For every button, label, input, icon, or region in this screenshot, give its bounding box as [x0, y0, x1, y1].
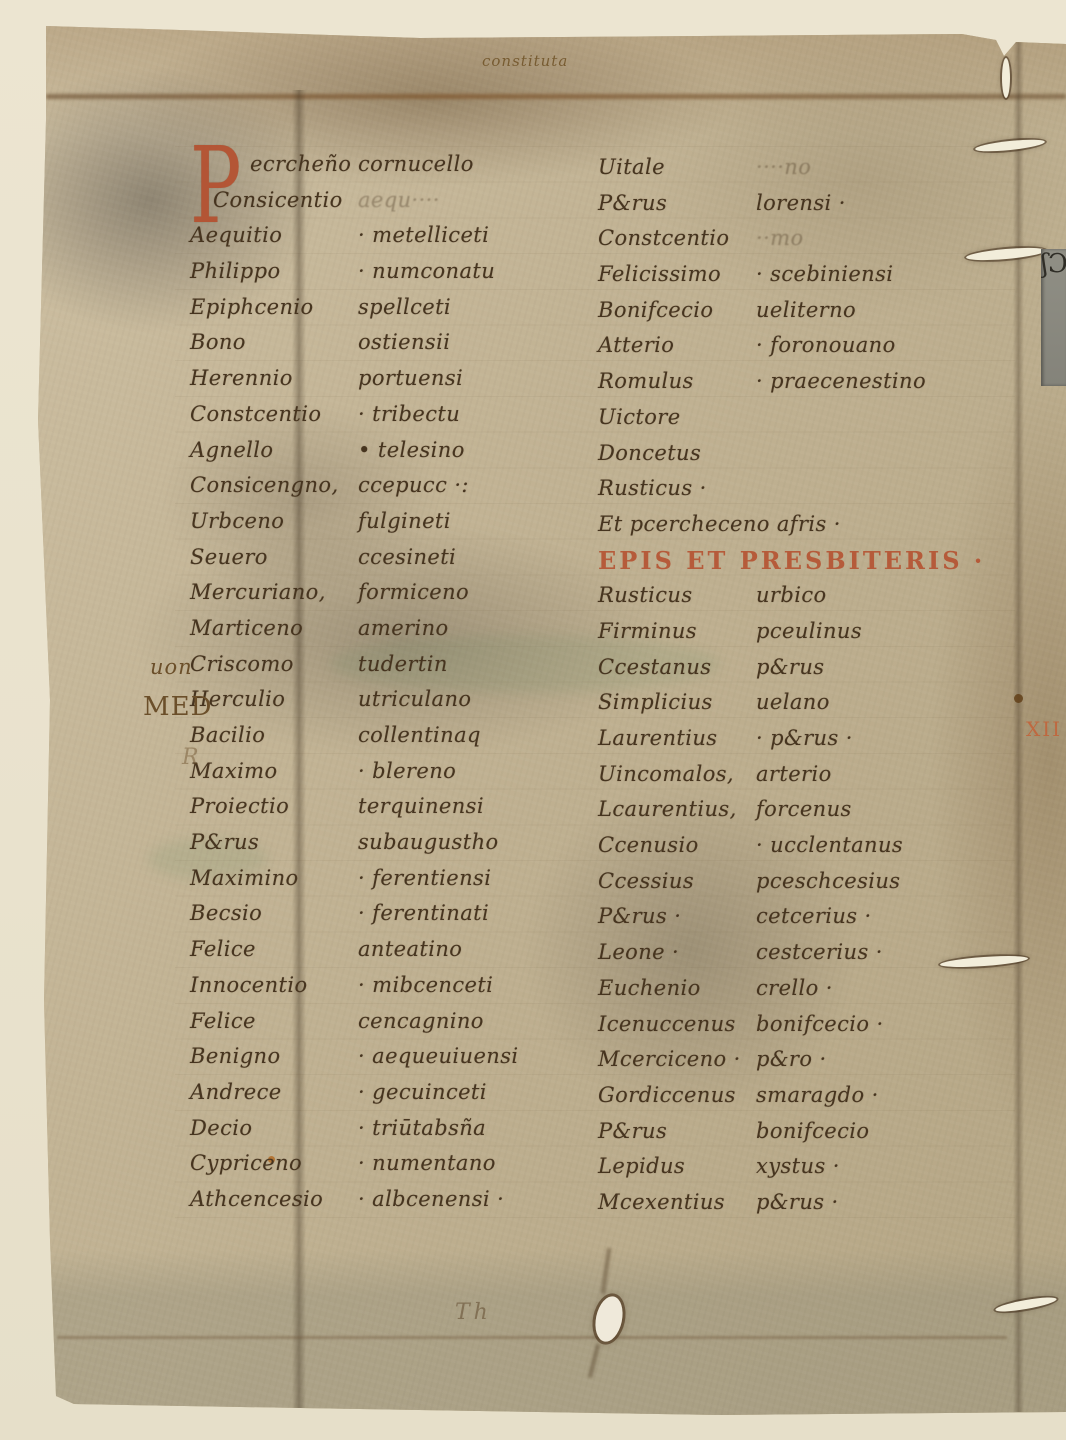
entry-row: Cypriceno· numentano [190, 1146, 600, 1182]
entry-row: Laurentius· p&rus · [598, 721, 1053, 757]
bishop-name: Herennio [190, 366, 293, 390]
bishop-name: Cypriceno [190, 1151, 302, 1175]
entry-row: Uictore [598, 400, 1053, 436]
right-text-column: Uitale····noP&ruslorensi ·Constcentio··m… [598, 150, 1053, 1221]
entry-row: Ccenusio· ucclentanus [598, 828, 1053, 864]
bishop-name: Ccestanus [598, 655, 711, 679]
bishop-name: Proiectio [190, 794, 289, 818]
edge-numeral: XII [1026, 717, 1062, 741]
entry-row: Herculioutriculano [190, 682, 600, 718]
entry-row: Constcentio· tribectu [190, 397, 600, 433]
see-name: aequ···· [358, 183, 440, 219]
see-name: · numentano [358, 1146, 496, 1182]
entry-row: Gordiccenussmaragdo · [598, 1078, 1053, 1114]
bishop-name: P&rus [190, 830, 259, 854]
entry-row: Herennioportuensi [190, 361, 600, 397]
bishop-name: Benigno [190, 1044, 281, 1068]
bishop-name: Athcencesio [190, 1187, 323, 1211]
see-name: p&rus · [756, 1185, 839, 1221]
see-name: pceschcesius [756, 864, 900, 900]
entry-row: Aequitio· metelliceti [190, 218, 600, 254]
bishop-name: Seuero [190, 545, 268, 569]
bishop-name: Uincomalos, [598, 762, 734, 786]
top-annotation: constituta [482, 52, 568, 70]
entry-text: Et pcercheceno afris · [598, 512, 841, 536]
bishop-name: Lcaurentius, [598, 797, 737, 821]
entry-row: P&rus ·cetcerius · [598, 899, 1053, 935]
see-name: · aequeuiuensi [358, 1039, 519, 1075]
see-name: spellceti [358, 290, 451, 326]
ink-streak [601, 1248, 611, 1294]
entry-row: Mcerciceno ·p&ro · [598, 1042, 1053, 1078]
see-name: • telesino [358, 433, 465, 469]
bishop-name: Aequitio [190, 223, 282, 247]
see-name: formiceno [358, 575, 469, 611]
see-name: · praecenestino [756, 364, 926, 400]
bishop-name: Atterio [598, 333, 674, 357]
entry-row: Feliceanteatino [190, 932, 600, 968]
see-name: portuensi [358, 361, 463, 397]
entry-row: Mercuriano,formiceno [190, 575, 600, 611]
bishop-name: Urbceno [190, 509, 284, 533]
entry-row: Innocentio· mibcenceti [190, 968, 600, 1004]
bishop-name: Uitale [598, 155, 665, 179]
entry-row: ecrcheñocornucello [190, 147, 600, 183]
entry-row: Rusticusurbico [598, 578, 1053, 614]
see-name: cencagnino [358, 1004, 484, 1040]
entry-row: Bonifcecioueliterno [598, 293, 1053, 329]
entry-row: Ccessiuspceschcesius [598, 864, 1053, 900]
bishop-name: Mcerciceno · [598, 1047, 741, 1071]
see-name: collentinaq [358, 718, 481, 754]
see-name: ccepucc ·: [358, 468, 469, 504]
entry-row: Seueroccesineti [190, 540, 600, 576]
bishop-name: Criscomo [190, 652, 294, 676]
see-name: · tribectu [358, 397, 460, 433]
bishop-name: Firminus [598, 619, 697, 643]
bishop-name: Maximino [190, 866, 299, 890]
bishop-name: Decio [190, 1116, 252, 1140]
bishop-name: Philippo [190, 259, 281, 283]
bishop-name: Lepidus [598, 1154, 685, 1178]
bishop-name: Gordiccenus [598, 1083, 736, 1107]
entry-row: Lepidusxystus · [598, 1149, 1053, 1185]
margin-note: uon [150, 655, 193, 679]
see-name: ····no [756, 150, 811, 186]
entry-row: Rusticus · [598, 471, 1053, 507]
bishop-name: Agnello [190, 438, 273, 462]
see-name: p&rus [756, 650, 824, 686]
bishop-name: Leone · [598, 940, 679, 964]
entry-row: Criscomotudertin [190, 647, 600, 683]
entry-row: Baciliocollentinaq [190, 718, 600, 754]
see-name: urbico [756, 578, 827, 614]
see-name: ostiensii [358, 325, 450, 361]
entry-row: Benigno· aequeuiuensi [190, 1039, 600, 1075]
entry-row: P&rusbonifcecio [598, 1114, 1053, 1150]
see-name: arterio [756, 757, 832, 793]
entry-row: Epiphceniospellceti [190, 290, 600, 326]
entry-row: Ccestanusp&rus [598, 650, 1053, 686]
see-name: · ucclentanus [756, 828, 903, 864]
bishop-name: Mercuriano, [190, 580, 326, 604]
entry-row: Romulus· praecenestino [598, 364, 1053, 400]
left-text-column: P ecrcheñocornucelloConsicentioaequ····A… [190, 147, 600, 1218]
bishop-name: Simplicius [598, 690, 713, 714]
entry-row: Maximino· ferentiensi [190, 861, 600, 897]
see-name: lorensi · [756, 186, 846, 222]
see-name: p&ro · [756, 1042, 827, 1078]
see-name: smaragdo · [756, 1078, 879, 1114]
entry-row: Et pcercheceno afris · [598, 507, 1053, 543]
entry-row: Firminuspceulinus [598, 614, 1053, 650]
see-name: cestcerius · [756, 935, 883, 971]
entry-row: Consicengno,ccepucc ·: [190, 468, 600, 504]
see-name: ueliterno [756, 293, 856, 329]
entry-row: Leone ·cestcerius · [598, 935, 1053, 971]
bishop-name: Felicissimo [598, 262, 721, 286]
see-name: · albcenensi · [358, 1182, 504, 1218]
bishop-name: Ccenusio [598, 833, 699, 857]
see-name: · triūtabsña [358, 1111, 486, 1147]
see-name: fulgineti [358, 504, 451, 540]
entry-row: Atterio· foronouano [598, 328, 1053, 364]
bishop-name: Laurentius [598, 726, 717, 750]
see-name: ··mo [756, 221, 804, 257]
see-name: · gecuinceti [358, 1075, 487, 1111]
bishop-name: Consicengno, [190, 473, 339, 497]
bishop-name: P&rus · [598, 904, 681, 928]
entry-row: Athcencesio· albcenensi · [190, 1182, 600, 1218]
bishop-name: Mcexentius [598, 1190, 725, 1214]
bishop-name: Bono [190, 330, 246, 354]
bishop-name: Becsio [190, 901, 262, 925]
see-name: cornucello [358, 147, 474, 183]
bishop-name: Felice [190, 937, 256, 961]
entry-row: Icenuccenusbonifcecio · [598, 1007, 1053, 1043]
bishop-name: Felice [190, 1009, 256, 1033]
horizontal-crease [46, 94, 1066, 99]
entry-row: Philippo· numconatu [190, 254, 600, 290]
entry-row: Maximo· blereno [190, 754, 600, 790]
bishop-name: Icenuccenus [598, 1012, 736, 1036]
see-name: anteatino [358, 932, 462, 968]
margin-note: R [182, 745, 199, 770]
bishop-name: Marticeno [190, 616, 303, 640]
see-name: · metelliceti [358, 218, 489, 254]
see-name: · blereno [358, 754, 456, 790]
see-name: · scebiniensi [756, 257, 893, 293]
bishop-name: Euchenio [598, 976, 701, 1000]
entry-row: Mcexentiusp&rus · [598, 1185, 1053, 1221]
see-name: bonifcecio · [756, 1007, 884, 1043]
entry-row: Agnello• telesino [190, 433, 600, 469]
parchment-slit [1002, 58, 1010, 98]
bishop-name: Uictore [598, 405, 681, 429]
entry-row: Uincomalos,arterio [598, 757, 1053, 793]
see-name: terquinensi [358, 789, 484, 825]
entry-row: Andrece· gecuinceti [190, 1075, 600, 1111]
entry-row: Doncetus [598, 436, 1053, 472]
bishop-name: Rusticus · [598, 476, 707, 500]
see-name: cetcerius · [756, 899, 872, 935]
entry-row: Proiectioterquinensi [190, 789, 600, 825]
entry-row: Simpliciusuelano [598, 685, 1053, 721]
bishop-name: Doncetus [598, 441, 701, 465]
entry-row: Marticenoamerino [190, 611, 600, 647]
bishop-name: Innocentio [190, 973, 308, 997]
bishop-name: Bonifcecio [598, 298, 713, 322]
bottom-ink-mark: Th [455, 1300, 492, 1325]
see-name: · foronouano [756, 328, 896, 364]
entry-row: Consicentioaequ···· [190, 183, 600, 219]
bishop-name: Bacilio [190, 723, 265, 747]
bishop-name: Ccessius [598, 869, 694, 893]
bishop-name: ecrcheño [250, 152, 351, 176]
bishop-name: Epiphcenio [190, 295, 314, 319]
rubric-heading: EPIS ET PRESBITERIS · [598, 543, 1053, 579]
bishop-name: Constcentio [598, 226, 729, 250]
bishop-name: Constcentio [190, 402, 321, 426]
see-name: uelano [756, 685, 830, 721]
entry-row: Lcaurentius,forcenus [598, 792, 1053, 828]
see-name: subaugustho [358, 825, 499, 861]
manuscript-page: ʃƆ constituta P ecrcheñocornucelloConsic… [0, 0, 1066, 1440]
entry-row: Urbcenofulgineti [190, 504, 600, 540]
photo-background: ʃƆ constituta P ecrcheñocornucelloConsic… [0, 0, 1066, 1440]
bishop-name: Maximo [190, 759, 278, 783]
bishop-name: Andrece [190, 1080, 282, 1104]
see-name: · p&rus · [756, 721, 853, 757]
see-name: ccesineti [358, 540, 456, 576]
see-name: crello · [756, 971, 833, 1007]
see-name: forcenus [756, 792, 852, 828]
bishop-name: Rusticus [598, 583, 693, 607]
horizontal-crease [57, 1336, 1007, 1339]
entry-row: Decio· triūtabsña [190, 1111, 600, 1147]
entry-row: P&russubaugustho [190, 825, 600, 861]
entry-row: Becsio· ferentinati [190, 896, 600, 932]
entry-row: Constcentio··mo [598, 221, 1053, 257]
ink-streak [588, 1344, 600, 1378]
bishop-name: Romulus [598, 369, 694, 393]
see-name: amerino [358, 611, 449, 647]
see-name: tudertin [358, 647, 448, 683]
bishop-name: Consicentio [213, 188, 343, 212]
see-name: utriculano [358, 682, 471, 718]
see-name: pceulinus [756, 614, 862, 650]
entry-row: Uitale····no [598, 150, 1053, 186]
see-name: · ferentinati [358, 896, 489, 932]
parchment-slit [995, 1295, 1058, 1315]
margin-note: MED [143, 692, 212, 722]
see-name: xystus · [756, 1149, 840, 1185]
bishop-name: P&rus [598, 1119, 667, 1143]
bishop-name: P&rus [598, 191, 667, 215]
see-name: · numconatu [358, 254, 495, 290]
see-name: · ferentiensi [358, 861, 491, 897]
entry-row: P&ruslorensi · [598, 186, 1053, 222]
see-name: bonifcecio [756, 1114, 869, 1150]
entry-row: Eucheniocrello · [598, 971, 1053, 1007]
see-name: · mibcenceti [358, 968, 493, 1004]
entry-row: Felicissimo· scebiniensi [598, 257, 1053, 293]
entry-row: Felicecencagnino [190, 1004, 600, 1040]
entry-row: Bonoostiensii [190, 325, 600, 361]
